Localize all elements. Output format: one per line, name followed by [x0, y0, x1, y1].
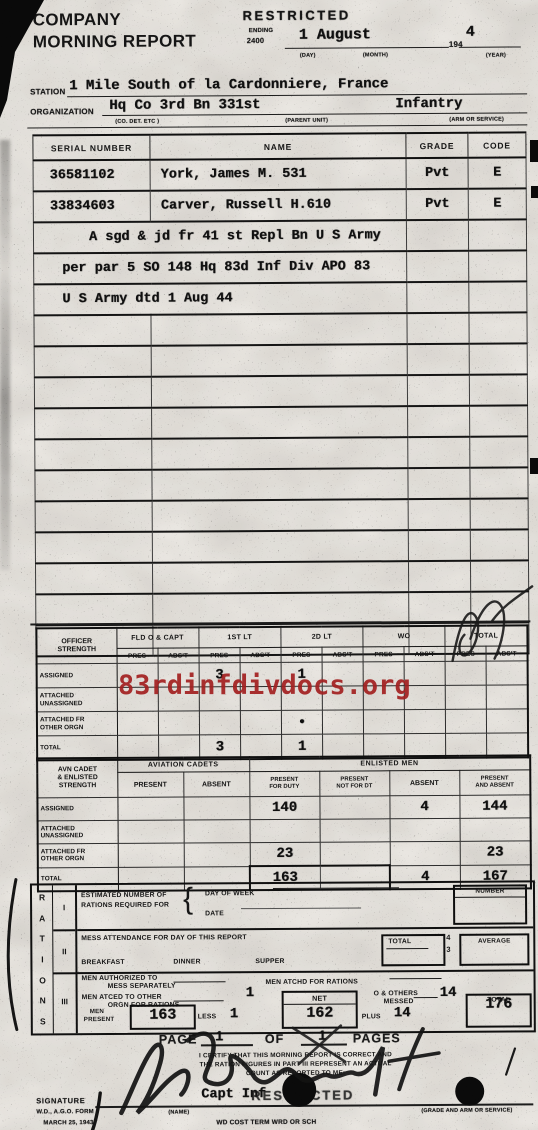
avcad-absent-header: ABSENT — [183, 772, 249, 797]
grade-sublabel: (GRADE AND ARM OR SERVICE) — [421, 1108, 512, 1115]
abst-header: ABS'T — [404, 646, 445, 661]
form-note: WD COST TERM WRD OR SCH — [216, 1119, 316, 1127]
strength-row: ATTACHED FR OTHER ORGN• — [37, 709, 528, 736]
cell — [405, 709, 446, 733]
cell — [35, 532, 152, 564]
roster-row: per par 5 SO 148 Hq 83d Inf Div APO 83 — [34, 250, 527, 284]
day-sublabel: (DAY) — [300, 53, 316, 59]
present-label-1: MEN — [90, 1008, 104, 1015]
cell — [408, 437, 470, 468]
remark-cell: per par 5 SO 148 Hq 83d Inf Div APO 83 — [34, 251, 407, 284]
day-of-week-line — [273, 887, 399, 889]
row-label: ATTACHED UNASSIGNED — [38, 820, 118, 843]
strength-row: ATTACHED UNASSIGNED — [38, 818, 531, 844]
enlisted-strength-table: AVN CADET & ENLISTED STRENGTH AVIATION C… — [36, 754, 532, 892]
cell — [408, 468, 470, 499]
group-1st-lt: 1ST LT — [199, 627, 281, 648]
name-sublabel: (NAME) — [168, 1109, 189, 1115]
divisor-bottom: 3 — [446, 945, 450, 954]
page-line — [201, 1044, 253, 1046]
mess-total-box: TOTAL — [381, 934, 445, 966]
cell — [407, 313, 469, 344]
roster-empty-row — [34, 312, 527, 346]
cell — [250, 819, 320, 842]
cell — [183, 797, 249, 820]
others-label-1: O & OTHERS — [374, 990, 418, 997]
cell — [117, 797, 183, 820]
estimated-label-2: RATIONS REQUIRED FOR — [81, 902, 169, 910]
org-sublabel-co: (CO. DET. ETC ) — [115, 119, 159, 125]
grade-cell: Pvt — [406, 158, 468, 189]
form-date: MARCH 25, 1943 — [43, 1120, 93, 1126]
form-title: COMPANY MORNING REPORT — [33, 8, 197, 53]
cell — [151, 344, 407, 377]
abst-header: ABS'T — [486, 646, 527, 661]
divisor-top: 4 — [446, 933, 450, 942]
less-value: 1 — [230, 1006, 239, 1022]
rations-section-iii: MEN AUTHORIZED TO MESS SEPARATELY MEN AT… — [77, 971, 533, 1028]
cell — [390, 818, 460, 841]
roster-empty-row — [35, 529, 528, 563]
less-label: LESS — [198, 1013, 217, 1020]
abst-header: ABS'T — [158, 648, 199, 663]
side-letter: S — [33, 1016, 53, 1026]
code-cell — [469, 281, 527, 312]
cell — [152, 561, 408, 594]
date-underline — [285, 47, 449, 49]
ending-time: 2400 — [247, 36, 265, 45]
roster-row: 33834603Carver, Russell H.610PvtE — [33, 188, 526, 222]
cell — [117, 711, 158, 735]
classification-stamp-top: RESTRICTED — [243, 7, 351, 23]
grade-cell — [407, 251, 469, 282]
cell — [199, 711, 240, 735]
roster-empty-row — [35, 560, 528, 594]
numeral-ii: II — [53, 931, 75, 974]
brace: { — [183, 882, 193, 916]
rations-total-label: TOTAL — [468, 996, 530, 1003]
abst-header: ABS'T — [322, 647, 363, 662]
atchd-line — [390, 978, 442, 979]
net-value: 162 — [284, 1004, 356, 1021]
cell — [152, 468, 408, 501]
roster-row: 36581102York, James M. 531PvtE — [33, 157, 526, 191]
supper-label: SUPPER — [255, 958, 284, 965]
cell: • — [281, 710, 322, 734]
pages-number: 1 — [318, 1029, 327, 1045]
year-underline — [459, 46, 521, 47]
side-letter: T — [32, 934, 52, 944]
cell: 23 — [460, 841, 531, 865]
cell — [408, 561, 470, 592]
station-entry: 1 Mile South of la Cardonniere, France — [69, 76, 388, 94]
cell — [445, 685, 486, 709]
side-letter: O — [33, 975, 53, 985]
strength-row: ASSIGNED1404144 — [37, 795, 530, 821]
atced-label-1: MEN ATCED TO OTHER — [82, 994, 162, 1001]
title-line2: MORNING REPORT — [33, 30, 196, 53]
cell — [35, 501, 152, 533]
date-label: DATE — [205, 910, 224, 917]
cell — [363, 710, 404, 734]
roster-table: SERIAL NUMBER NAME GRADE CODE 36581102Yo… — [32, 131, 529, 657]
cell — [471, 591, 529, 622]
pages-line — [301, 1044, 347, 1046]
cell — [118, 820, 184, 843]
pages-label: PAGES — [353, 1031, 401, 1045]
roster-header-row: SERIAL NUMBER NAME GRADE CODE — [33, 132, 526, 160]
cell — [240, 710, 281, 734]
serial-cell: 36581102 — [33, 160, 150, 192]
cell — [408, 499, 470, 530]
number-box-label: NUMBER — [455, 887, 525, 897]
cell — [408, 406, 470, 437]
pres-header: PRES — [445, 646, 486, 661]
date-line — [241, 907, 361, 909]
organization-unit-entry: Hq Co 3rd Bn 331st — [109, 97, 260, 114]
header-divider — [27, 124, 527, 128]
ending-label: ENDING — [249, 28, 274, 34]
officer-strength-label: OFFICER STRENGTH — [36, 628, 116, 664]
org-sublabel-arm: (ARM OR SERVICE) — [449, 117, 504, 123]
present-and-absent-header: PRESENT AND ABSENT — [459, 770, 530, 795]
plus-value: 14 — [394, 1005, 411, 1021]
group-fldo-capt: FLD O & CAPT — [116, 627, 198, 648]
roster-empty-row — [35, 498, 528, 532]
rations-section-i: ESTIMATED NUMBER OF RATIONS REQUIRED FOR… — [77, 882, 533, 931]
code-cell: E — [468, 157, 526, 188]
cell — [486, 661, 527, 685]
col-code: CODE — [468, 132, 526, 157]
others-value: 14 — [440, 985, 457, 1001]
pres-header: PRES — [199, 648, 240, 663]
scan-right-mark — [531, 186, 538, 198]
cell — [319, 796, 389, 819]
scan-left-edge-artifact — [0, 140, 10, 570]
side-letter: N — [33, 995, 53, 1005]
abst-header: ABS'T — [240, 647, 281, 662]
cell — [118, 843, 184, 867]
day-of-week-label: DAY OF WEEK — [205, 890, 254, 897]
numeral-i: I — [53, 885, 75, 931]
cell — [36, 594, 153, 626]
grade-cell — [407, 282, 469, 313]
code-cell — [469, 250, 527, 281]
signature-label: SIGNATURE — [36, 1096, 85, 1105]
cell — [320, 819, 390, 842]
cell — [470, 529, 528, 560]
morning-report-page: COMPANY MORNING REPORT RESTRICTED ENDING… — [0, 0, 538, 1130]
year-entry: 4 — [466, 24, 475, 41]
name-cell: York, James M. 531 — [150, 158, 406, 191]
roster-empty-row — [35, 405, 528, 439]
numeral-iii: III — [53, 974, 75, 1028]
atced-line — [174, 1000, 224, 1001]
org-sublabel-parent: (PARENT UNIT) — [285, 118, 328, 124]
cell — [469, 343, 527, 374]
remark-cell: A sgd & jd fr 41 st Repl Bn U S Army — [33, 220, 406, 253]
page-number: 1 — [215, 1029, 224, 1045]
cell — [320, 842, 390, 866]
mess-attendance-title: MESS ATTENDANCE FOR DAY OF THIS REPORT — [81, 934, 246, 942]
pres-header: PRES — [363, 647, 404, 662]
mess-total-label: TOTAL — [388, 938, 411, 945]
row-label: ATTACHED FR OTHER ORGN — [38, 843, 118, 867]
row-label: ATTACHED FR OTHER ORGN — [37, 711, 117, 735]
cell — [470, 436, 528, 467]
cell — [152, 499, 408, 532]
average-box: AVERAGE — [459, 933, 529, 965]
cell: 4 — [389, 795, 459, 818]
code-cell — [468, 219, 526, 250]
scan-right-mark — [530, 458, 538, 474]
roster-empty-row — [34, 343, 527, 377]
row-label: ATTACHED UNASSIGNED — [37, 687, 117, 711]
pres-header: PRES — [117, 648, 158, 663]
net-label: NET — [284, 993, 356, 1004]
net-box: NET 162 — [282, 990, 358, 1028]
hole-punch-right — [455, 1077, 484, 1106]
cell — [470, 467, 528, 498]
cell — [409, 592, 471, 623]
cell — [151, 375, 407, 408]
cell — [184, 843, 250, 867]
avcad-present-header: PRESENT — [117, 772, 183, 797]
date-entry: 1 August — [299, 26, 371, 43]
pen-slash-mark — [506, 1049, 515, 1075]
cell — [322, 710, 363, 734]
cell — [470, 560, 528, 591]
roster-row: A sgd & jd fr 41 st Repl Bn U S Army — [33, 219, 526, 253]
rations-total-box: TOTAL 176 — [466, 993, 532, 1027]
rations-numerals: I II III — [53, 885, 78, 1033]
scan-edge-curve — [8, 880, 17, 1030]
cell — [152, 406, 408, 439]
row-label: ASSIGNED — [37, 663, 117, 687]
cell — [151, 313, 407, 346]
cell — [470, 405, 528, 436]
enlisted-strength-label: AVN CADET & ENLISTED STRENGTH — [37, 758, 117, 798]
cell — [35, 408, 152, 440]
title-line1: COMPANY — [33, 8, 196, 31]
roster-row: U S Army dtd 1 Aug 44 — [34, 281, 527, 315]
rations-main: ESTIMATED NUMBER OF RATIONS REQUIRED FOR… — [77, 882, 534, 1033]
auth-label-2: MESS SEPARATELY — [108, 983, 176, 990]
station-label: STATION — [30, 87, 65, 96]
others-line — [414, 997, 438, 998]
mess-total-line — [386, 948, 428, 949]
cell: 23 — [250, 842, 320, 866]
remark-cell: U S Army dtd 1 Aug 44 — [34, 282, 407, 315]
col-grade: GRADE — [406, 133, 468, 158]
present-value: 163 — [132, 1006, 194, 1023]
atchd-label: MEN ATCHD FOR RATIONS — [266, 978, 358, 986]
col-serial-number: SERIAL NUMBER — [33, 135, 150, 161]
of-label: OF — [265, 1032, 284, 1046]
cell — [470, 498, 528, 529]
organization-arm-entry: Infantry — [395, 96, 462, 112]
code-cell: E — [468, 188, 526, 219]
present-for-duty-header: PRESENT FOR DUTY — [249, 771, 319, 796]
cell — [469, 374, 527, 405]
cell — [152, 530, 408, 563]
plus-label: PLUS — [362, 1013, 381, 1020]
side-letter: R — [32, 893, 52, 903]
cell — [445, 661, 486, 685]
form-content: COMPANY MORNING REPORT RESTRICTED ENDING… — [0, 0, 538, 1130]
cell — [487, 685, 528, 709]
side-letter: A — [32, 913, 52, 923]
estimated-label-1: ESTIMATED NUMBER OF — [81, 892, 167, 900]
present-label-2: PRESENT — [84, 1016, 115, 1023]
rations-section-ii: MESS ATTENDANCE FOR DAY OF THIS REPORT B… — [77, 928, 533, 974]
cell — [158, 711, 199, 735]
month-sublabel: (MONTH) — [363, 52, 388, 58]
rations-section: RATIONS I II III ESTIMATED NUMBER OF RAT… — [30, 880, 536, 1035]
roster-empty-row — [35, 436, 528, 470]
group-total: TOTAL — [445, 625, 527, 646]
cell — [469, 312, 527, 343]
name-cell: Carver, Russell H.610 — [150, 189, 406, 222]
cell — [35, 470, 152, 502]
auth-label-1: MEN AUTHORIZED TO — [82, 975, 158, 982]
cell — [408, 530, 470, 561]
cell — [35, 439, 152, 471]
cell — [34, 377, 151, 409]
cell — [390, 841, 460, 865]
cell — [34, 346, 151, 378]
watermark: 83rdinfdivdocs.org — [118, 670, 411, 701]
cell: 140 — [249, 796, 319, 819]
present-box: 163 — [130, 1004, 196, 1029]
cell — [153, 592, 409, 625]
form-id: W.D., A.G.O. FORM — [36, 1109, 94, 1115]
grade-cell: Pvt — [406, 189, 468, 220]
cell — [407, 375, 469, 406]
cell — [35, 563, 152, 595]
roster-empty-row — [35, 467, 528, 501]
cell — [460, 818, 531, 841]
page-label: PAGE — [159, 1032, 198, 1046]
grade-cell — [406, 220, 468, 251]
absent-header: ABSENT — [389, 770, 459, 795]
group-aviation-cadets: AVIATION CADETS — [117, 757, 249, 772]
cell — [487, 709, 528, 733]
breakfast-label: BREAKFAST — [81, 959, 124, 966]
side-letter: I — [32, 954, 52, 964]
roster-body: 36581102York, James M. 531PvtE33834603Ca… — [33, 157, 529, 656]
dinner-label: DINNER — [173, 958, 200, 965]
cell — [407, 344, 469, 375]
pres-header: PRES — [281, 647, 322, 662]
atced-value: 1 — [246, 985, 255, 1001]
cell — [152, 437, 408, 470]
average-label: AVERAGE — [461, 937, 527, 944]
row-label: ASSIGNED — [37, 797, 117, 820]
year-sublabel: (YEAR) — [486, 53, 506, 59]
number-box: NUMBER — [453, 884, 527, 924]
rations-side-label: RATIONS — [32, 885, 54, 1033]
cell — [34, 315, 151, 347]
cell — [184, 820, 250, 843]
auth-line — [174, 981, 226, 982]
group-2d-lt: 2D LT — [281, 626, 363, 647]
roster-empty-row — [34, 374, 527, 408]
organization-label: ORGANIZATION — [30, 107, 94, 116]
strength-row: ATTACHED FR OTHER ORGN2323 — [38, 841, 531, 868]
scan-right-mark — [530, 140, 538, 162]
hole-punch-left — [282, 1073, 316, 1107]
serial-cell: 33834603 — [33, 191, 150, 223]
present-not-for-duty-header: PRESENT NOT FOR DT — [319, 771, 389, 796]
cell — [446, 709, 487, 733]
col-name: NAME — [150, 133, 406, 160]
cell: 144 — [459, 795, 530, 818]
group-wo: WO — [363, 626, 445, 647]
enlisted-body: ASSIGNED1404144ATTACHED UNASSIGNEDATTACH… — [37, 795, 531, 892]
